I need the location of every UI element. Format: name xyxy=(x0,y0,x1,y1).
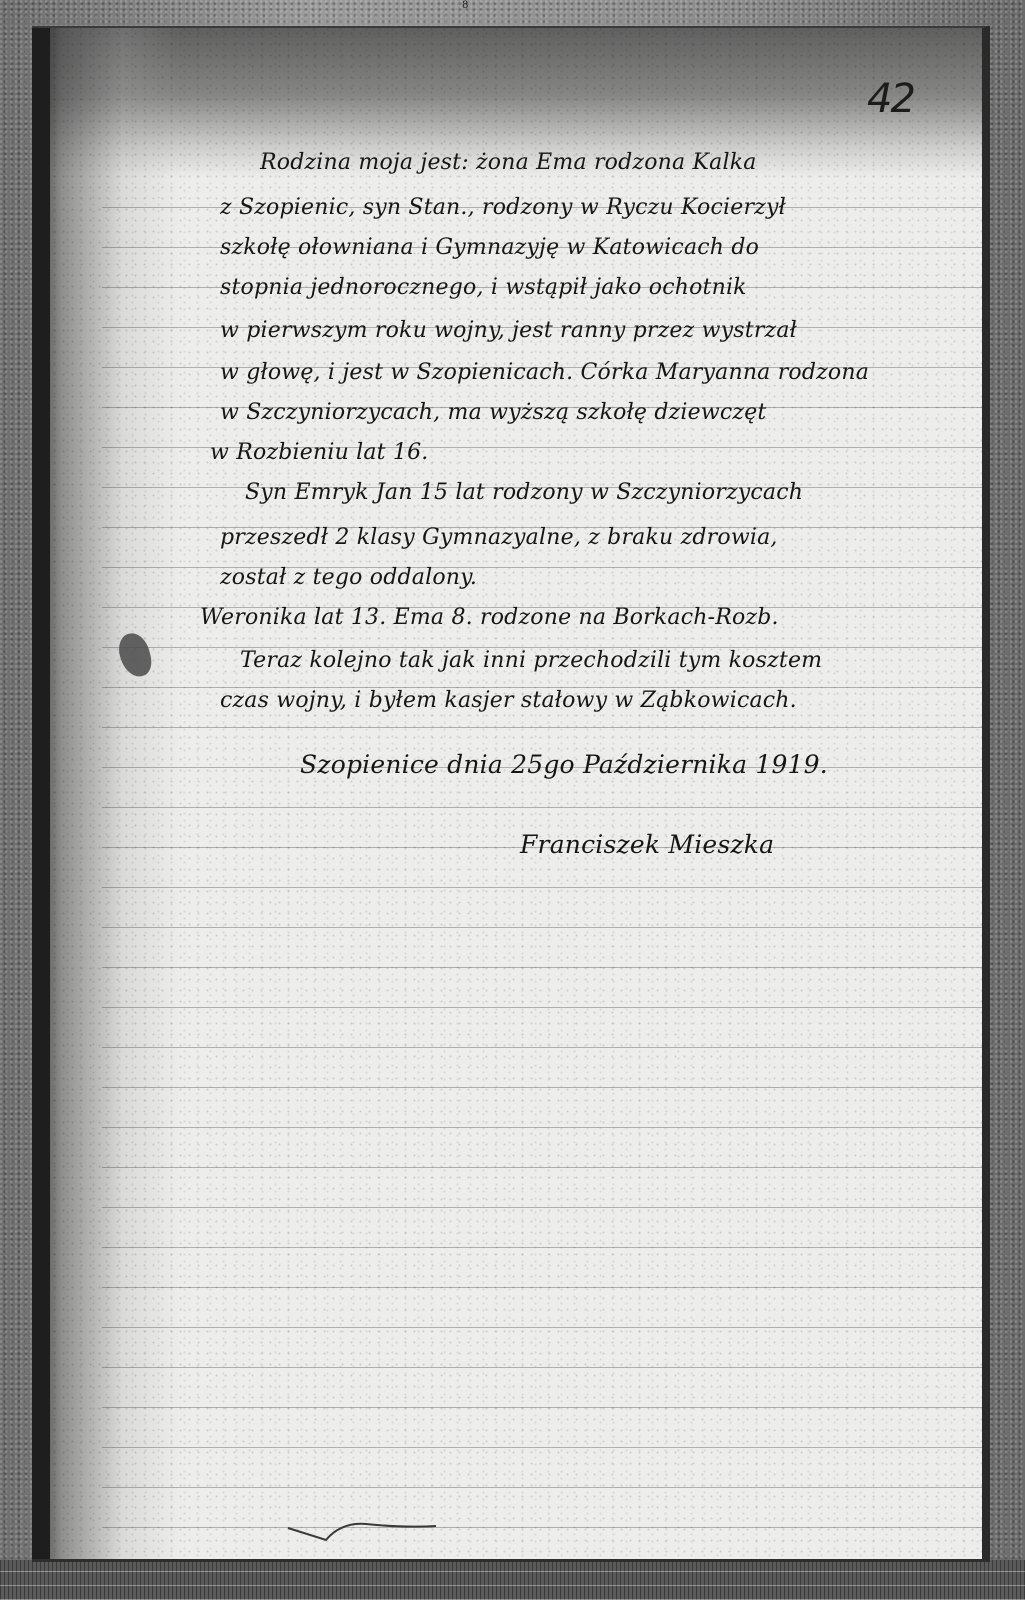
pen-squiggle-mark xyxy=(286,1518,456,1548)
body-line: w Rozbieniu lat 16. xyxy=(210,440,429,465)
body-line: Rodzina moja jest: żona Ema rodzona Kalk… xyxy=(260,150,757,175)
signature: Franciszek Mieszka xyxy=(520,830,774,859)
body-line: Syn Emryk Jan 15 lat rodzony w Szczynior… xyxy=(245,480,803,505)
place-date: Szopienice dnia 25go Października 1919. xyxy=(300,750,828,779)
body-line: został z tego oddalony. xyxy=(220,565,477,590)
body-line: stopnia jednorocznego, i wstąpił jako oc… xyxy=(220,275,747,300)
body-line: w głowę, i jest w Szopienicach. Córka Ma… xyxy=(220,360,869,385)
body-line: Weronika lat 13. Ema 8. rodzone na Borka… xyxy=(200,605,779,630)
scan-background-bottom xyxy=(0,1560,1025,1600)
page-number: 42 xyxy=(867,76,914,122)
body-line: szkołę ołowniana i Gymnazyję w Katowicac… xyxy=(220,235,759,260)
body-line: z Szopienic, syn Stan., rodzony w Ryczu … xyxy=(220,195,786,220)
binding-spine xyxy=(32,28,50,1559)
body-line: Teraz kolejno tak jak inni przechodzili … xyxy=(240,648,822,673)
body-line: w pierwszym roku wojny, jest ranny przez… xyxy=(220,318,797,343)
body-line: przeszedł 2 klasy Gymnazyalne, z braku z… xyxy=(220,525,778,550)
body-line: czas wojny, i byłem kasjer stałowy w Ząb… xyxy=(220,688,797,713)
body-line: w Szczyniorzycach, ma wyższą szkołę dzie… xyxy=(220,400,766,425)
top-edge-mark: 8 xyxy=(462,0,468,11)
